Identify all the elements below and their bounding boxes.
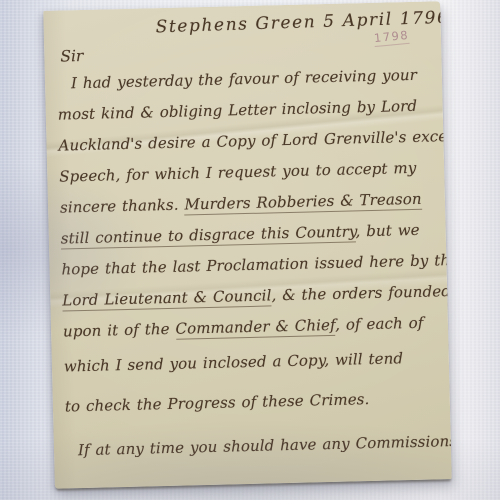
letter-text: , & the orders founded	[271, 282, 451, 304]
letter-text: which I send you inclosed a Copy, will t…	[64, 349, 404, 375]
letter-text: Speech, for which I request you to accep…	[59, 159, 416, 186]
letter-text: I had yesterday the favour of receiving …	[71, 66, 417, 92]
letter-text: , but we	[355, 221, 420, 241]
letter-text: If at any time you should have any Commi…	[78, 432, 452, 459]
letter-text: to check the Progress of these Crimes.	[65, 390, 370, 415]
letter-paper: Stephens Green 5 April 1796 1798 Sir I h…	[43, 1, 452, 489]
letter-body: I had yesterday the favour of receiving …	[57, 59, 444, 466]
letter-line: which I send you inclosed a Copy, will t…	[64, 342, 442, 382]
letter-line: to check the Progress of these Crimes.	[65, 382, 443, 422]
pencil-year-annotation: 1798	[373, 28, 410, 47]
letter-text: hope that the last Proclamation issued h…	[61, 251, 451, 279]
letter-text: most kind & obliging Letter inclosing by…	[58, 97, 418, 124]
letter-text-underlined: still continue to disgrace this Country	[61, 222, 356, 249]
letter-text: sincere thanks.	[60, 196, 185, 217]
letter-text: , of each of	[335, 314, 424, 334]
photo-background: Stephens Green 5 April 1796 1798 Sir I h…	[0, 0, 500, 500]
letter-text-underlined: Murders Robberies & Treason	[184, 190, 422, 216]
letter-text: upon it of the	[63, 320, 176, 341]
letter-text: Auckland's desire a Copy of Lord Grenvil…	[58, 126, 451, 154]
letter-content: Stephens Green 5 April 1796 1798 Sir I h…	[43, 1, 452, 489]
letter-text-underlined: Lord Lieutenant & Council	[62, 286, 272, 311]
letter-text-underlined: Commander & Chief	[175, 316, 335, 340]
letter-line: If at any time you should have any Commi…	[78, 426, 444, 466]
